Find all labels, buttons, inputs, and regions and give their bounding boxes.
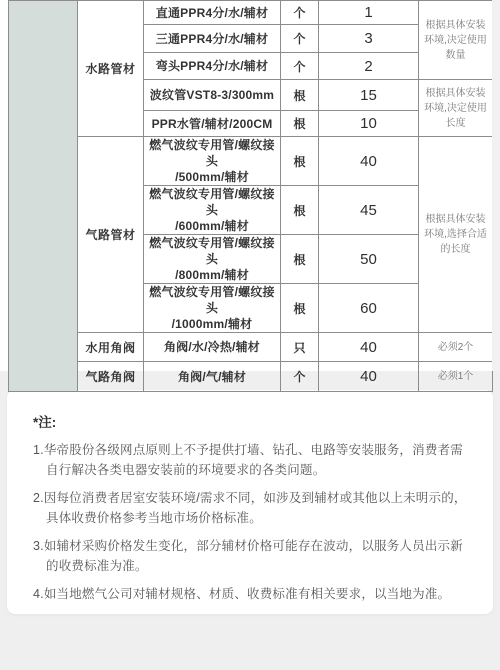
material-item-cell: 三通PPR4分/水/辅材 xyxy=(144,25,281,53)
unit-cell: 根 xyxy=(281,284,319,333)
category-cell: 水路管材 xyxy=(78,1,144,137)
footnotes-title: *注: xyxy=(33,411,469,431)
material-item-cell: PPR水管/辅材/200CM xyxy=(144,111,281,137)
unit-cell: 根 xyxy=(281,80,319,111)
table-row: 水路管材 直通PPR4分/水/辅材 个 1 根据具体安装 环境,决定使用 数量 xyxy=(9,1,493,25)
remark-cell: 根据具体安装 环境,选择合适 的长度 xyxy=(419,137,493,333)
footnote-item: 1.华帝股份各级网点原则上不予提供打墙、钻孔、电路等安装服务，消费者需自行解决各… xyxy=(33,441,469,480)
material-item-cell: 弯头PPR4分/水/辅材 xyxy=(144,53,281,80)
footnotes-card: *注: 1.华帝股份各级网点原则上不予提供打墙、钻孔、电路等安装服务，消费者需自… xyxy=(7,390,493,614)
material-item-cell: 燃气波纹专用管/螺纹接头 /500mm/辅材 xyxy=(144,137,281,186)
unit-cell: 个 xyxy=(281,53,319,80)
remark-cell: 根据具体安装 环境,决定使用 长度 xyxy=(419,80,493,137)
materials-table-section: 水路管材 直通PPR4分/水/辅材 个 1 根据具体安装 环境,决定使用 数量 … xyxy=(0,0,500,371)
unit-cell: 只 xyxy=(281,333,319,362)
unit-cell: 根 xyxy=(281,111,319,137)
quantity-cell: 15 xyxy=(319,80,419,111)
remark-cell: 必须2个 xyxy=(419,333,493,362)
quantity-cell: 10 xyxy=(319,111,419,137)
category-cell: 气路管材 xyxy=(78,137,144,333)
material-item-cell: 角阀/水/冷热/辅材 xyxy=(144,333,281,362)
material-item-cell: 燃气波纹专用管/螺纹接头 /1000mm/辅材 xyxy=(144,284,281,333)
material-item-cell: 直通PPR4分/水/辅材 xyxy=(144,1,281,25)
unit-cell: 根 xyxy=(281,235,319,284)
remark-cell: 根据具体安装 环境,决定使用 数量 xyxy=(419,1,493,80)
material-item-cell: 波纹管VST8-3/300mm xyxy=(144,80,281,111)
unit-cell: 个 xyxy=(281,25,319,53)
quantity-cell: 40 xyxy=(319,333,419,362)
product-group-cell xyxy=(9,1,78,392)
category-cell: 气路角阀 xyxy=(78,362,144,392)
table-row: 水用角阀 角阀/水/冷热/辅材 只 40 必须2个 xyxy=(9,333,493,362)
footnotes-section: *注: 1.华帝股份各级网点原则上不予提供打墙、钻孔、电路等安装服务，消费者需自… xyxy=(0,371,500,670)
table-row: 气路管材 燃气波纹专用管/螺纹接头 /500mm/辅材 根 40 根据具体安装 … xyxy=(9,137,493,186)
table-row: 气路角阀 角阀/气/辅材 个 40 必须1个 xyxy=(9,362,493,392)
quantity-cell: 3 xyxy=(319,25,419,53)
quantity-cell: 45 xyxy=(319,186,419,235)
remark-cell: 必须1个 xyxy=(419,362,493,392)
material-item-cell: 角阀/气/辅材 xyxy=(144,362,281,392)
footnote-item: 4.如当地燃气公司对辅材规格、材质、收费标准有相关要求，以当地为准。 xyxy=(33,585,469,605)
footnote-item: 2.因每位消费者居室安装环境/需求不同，如涉及到辅材或其他以上未明示的，具体收费… xyxy=(33,489,469,528)
quantity-cell: 1 xyxy=(319,1,419,25)
footnote-item: 3.如辅材采购价格发生变化，部分辅材价格可能存在波动，以服务人员出示新的收费标准… xyxy=(33,537,469,576)
unit-cell: 根 xyxy=(281,137,319,186)
unit-cell: 个 xyxy=(281,362,319,392)
category-cell: 水用角阀 xyxy=(78,333,144,362)
material-item-cell: 燃气波纹专用管/螺纹接头 /800mm/辅材 xyxy=(144,235,281,284)
unit-cell: 根 xyxy=(281,186,319,235)
quantity-cell: 40 xyxy=(319,137,419,186)
page-right-edge xyxy=(492,0,500,371)
quantity-cell: 50 xyxy=(319,235,419,284)
quantity-cell: 2 xyxy=(319,53,419,80)
installation-materials-table: 水路管材 直通PPR4分/水/辅材 个 1 根据具体安装 环境,决定使用 数量 … xyxy=(8,0,493,392)
quantity-cell: 60 xyxy=(319,284,419,333)
quantity-cell: 40 xyxy=(319,362,419,392)
material-item-cell: 燃气波纹专用管/螺纹接头 /600mm/辅材 xyxy=(144,186,281,235)
unit-cell: 个 xyxy=(281,1,319,25)
